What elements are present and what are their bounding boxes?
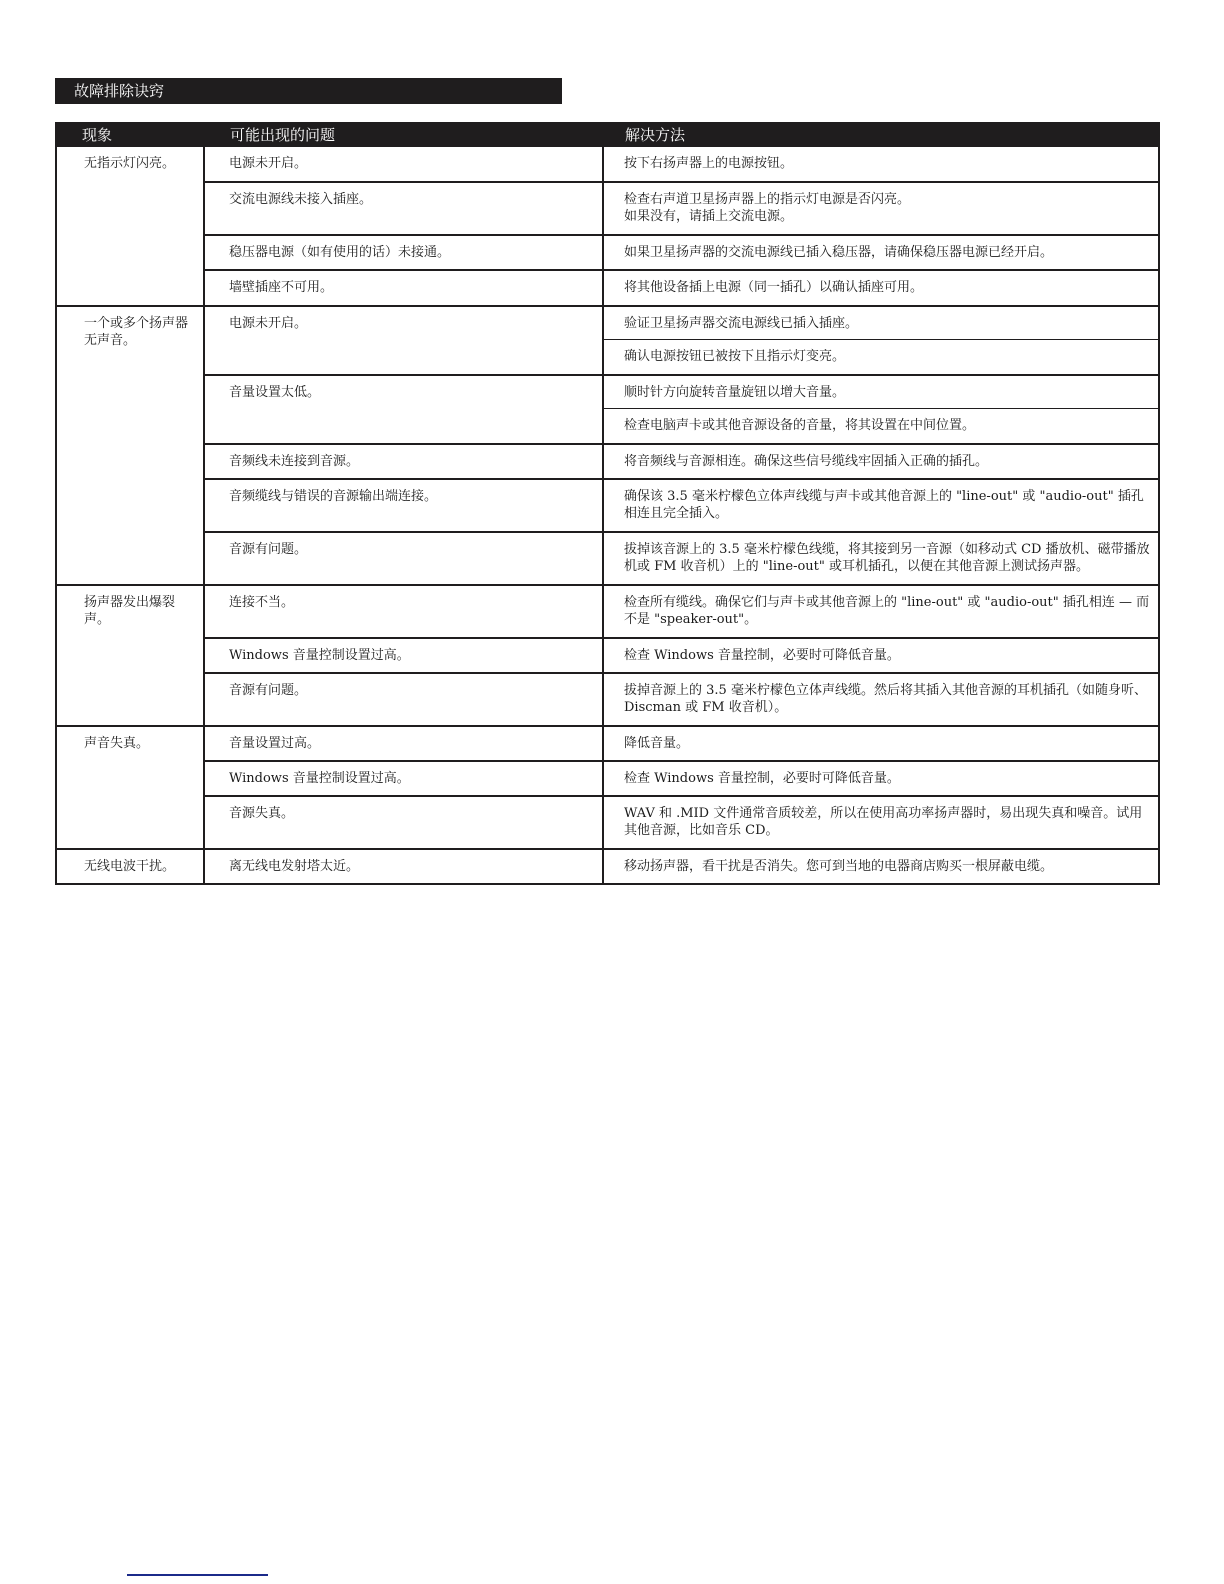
solution-cell: 拔掉音源上的 3.5 毫米柠檬色立体声线缆。然后将其插入其他音源的耳机插孔（如随… [604,674,1158,725]
table-group: 无线电波干扰。 离无线电发射塔太近。 移动扬声器，看干扰是否消失。您可到当地的电… [55,850,1160,885]
solution-cell: 按下右扬声器上的电源按钮。 [604,147,1158,181]
solution-cell: 检查右声道卫星扬声器上的指示灯电源是否闪亮。 如果没有，请插上交流电源。 [604,183,1158,234]
table-row: 电源未开启。 验证卫星扬声器交流电源线已插入插座。 确认电源按钮已被按下且指示灯… [205,307,1158,376]
cause-cell: 稳压器电源（如有使用的话）未接通。 [205,236,604,269]
cause-cell: Windows 音量控制设置过高。 [205,762,604,795]
cause-cell: 音源有问题。 [205,674,604,725]
solution-cell: 降低音量。 [604,727,1158,760]
solution-cell: 顺时针方向旋转音量旋钮以增大音量。 [604,376,1158,409]
table-row: Windows 音量控制设置过高。 检查 Windows 音量控制，必要时可降低… [205,762,1158,797]
table-row: 交流电源线未接入插座。 检查右声道卫星扬声器上的指示灯电源是否闪亮。 如果没有，… [205,183,1158,236]
cause-cell: 音频线未连接到音源。 [205,445,604,478]
troubleshooting-table: 现象 可能出现的问题 解决方法 无指示灯闪亮。 电源未开启。 按下右扬声器上的电… [55,122,1160,885]
table-group: 无指示灯闪亮。 电源未开启。 按下右扬声器上的电源按钮。 交流电源线未接入插座。… [55,147,1160,307]
symptom-cell: 声音失真。 [57,727,205,848]
solution-cell: 检查 Windows 音量控制，必要时可降低音量。 [604,762,1158,795]
cause-cell: 离无线电发射塔太近。 [205,850,604,883]
cause-cell: 音源失真。 [205,797,604,848]
symptom-cell: 无线电波干扰。 [57,850,205,883]
solution-cell: WAV 和 .MID 文件通常音质较差，所以在使用高功率扬声器时，易出现失真和噪… [604,797,1158,848]
table-row: 连接不当。 检查所有缆线。确保它们与声卡或其他音源上的 "line-out" 或… [205,586,1158,639]
footer-rule [127,1574,268,1576]
header-symptom: 现象 [55,122,205,147]
cause-cell: 音量设置太低。 [205,376,604,443]
table-header: 现象 可能出现的问题 解决方法 [55,122,1160,147]
section-title: 故障排除诀窍 [55,78,562,104]
solution-cell: 验证卫星扬声器交流电源线已插入插座。 [604,307,1158,340]
solution-cell: 检查所有缆线。确保它们与声卡或其他音源上的 "line-out" 或 "audi… [604,586,1158,637]
cause-cell: 音频缆线与错误的音源输出端连接。 [205,480,604,531]
table-row: 稳压器电源（如有使用的话）未接通。 如果卫星扬声器的交流电源线已插入稳压器，请确… [205,236,1158,271]
symptom-cell: 扬声器发出爆裂声。 [57,586,205,725]
cause-cell: 音量设置过高。 [205,727,604,760]
table-row: 墙壁插座不可用。 将其他设备插上电源（同一插孔）以确认插座可用。 [205,271,1158,305]
solution-cell: 将其他设备插上电源（同一插孔）以确认插座可用。 [604,271,1158,305]
solution-cell: 将音频线与音源相连。确保这些信号缆线牢固插入正确的插孔。 [604,445,1158,478]
cause-cell: 电源未开启。 [205,147,604,181]
solution-cell: 移动扬声器，看干扰是否消失。您可到当地的电器商店购买一根屏蔽电缆。 [604,850,1158,883]
solution-cell: 检查 Windows 音量控制，必要时可降低音量。 [604,639,1158,672]
table-row: 音量设置过高。 降低音量。 [205,727,1158,762]
table-row: 音频缆线与错误的音源输出端连接。 确保该 3.5 毫米柠檬色立体声线缆与声卡或其… [205,480,1158,533]
solution-cell: 确保该 3.5 毫米柠檬色立体声线缆与声卡或其他音源上的 "line-out" … [604,480,1158,531]
cause-cell: 连接不当。 [205,586,604,637]
header-solution: 解决方法 [605,122,1160,147]
solution-cell: 检查电脑声卡或其他音源设备的音量，将其设置在中间位置。 [604,409,1158,443]
table-row: 音源失真。 WAV 和 .MID 文件通常音质较差，所以在使用高功率扬声器时，易… [205,797,1158,848]
cause-cell: 交流电源线未接入插座。 [205,183,604,234]
cause-cell: 电源未开启。 [205,307,604,374]
cause-cell: Windows 音量控制设置过高。 [205,639,604,672]
cause-cell: 墙壁插座不可用。 [205,271,604,305]
table-row: 音量设置太低。 顺时针方向旋转音量旋钮以增大音量。 检查电脑声卡或其他音源设备的… [205,376,1158,445]
solution-cell: 如果卫星扬声器的交流电源线已插入稳压器，请确保稳压器电源已经开启。 [604,236,1158,269]
table-row: 音频线未连接到音源。 将音频线与音源相连。确保这些信号缆线牢固插入正确的插孔。 [205,445,1158,480]
table-row: 电源未开启。 按下右扬声器上的电源按钮。 [205,147,1158,183]
table-group: 扬声器发出爆裂声。 连接不当。 检查所有缆线。确保它们与声卡或其他音源上的 "l… [55,586,1160,727]
symptom-cell: 无指示灯闪亮。 [57,147,205,305]
cause-cell: 音源有问题。 [205,533,604,584]
table-row: Windows 音量控制设置过高。 检查 Windows 音量控制，必要时可降低… [205,639,1158,674]
symptom-cell: 一个或多个扬声器无声音。 [57,307,205,584]
solution-cell: 拔掉该音源上的 3.5 毫米柠檬色线缆，将其接到另一音源（如移动式 CD 播放机… [604,533,1158,584]
table-row: 音源有问题。 拔掉该音源上的 3.5 毫米柠檬色线缆，将其接到另一音源（如移动式… [205,533,1158,584]
table-group: 声音失真。 音量设置过高。 降低音量。 Windows 音量控制设置过高。 检查… [55,727,1160,850]
table-group: 一个或多个扬声器无声音。 电源未开启。 验证卫星扬声器交流电源线已插入插座。 确… [55,307,1160,586]
table-row: 音源有问题。 拔掉音源上的 3.5 毫米柠檬色立体声线缆。然后将其插入其他音源的… [205,674,1158,725]
solution-cell: 确认电源按钮已被按下且指示灯变亮。 [604,340,1158,374]
table-row: 离无线电发射塔太近。 移动扬声器，看干扰是否消失。您可到当地的电器商店购买一根屏… [205,850,1158,883]
header-possible-problem: 可能出现的问题 [205,122,605,147]
